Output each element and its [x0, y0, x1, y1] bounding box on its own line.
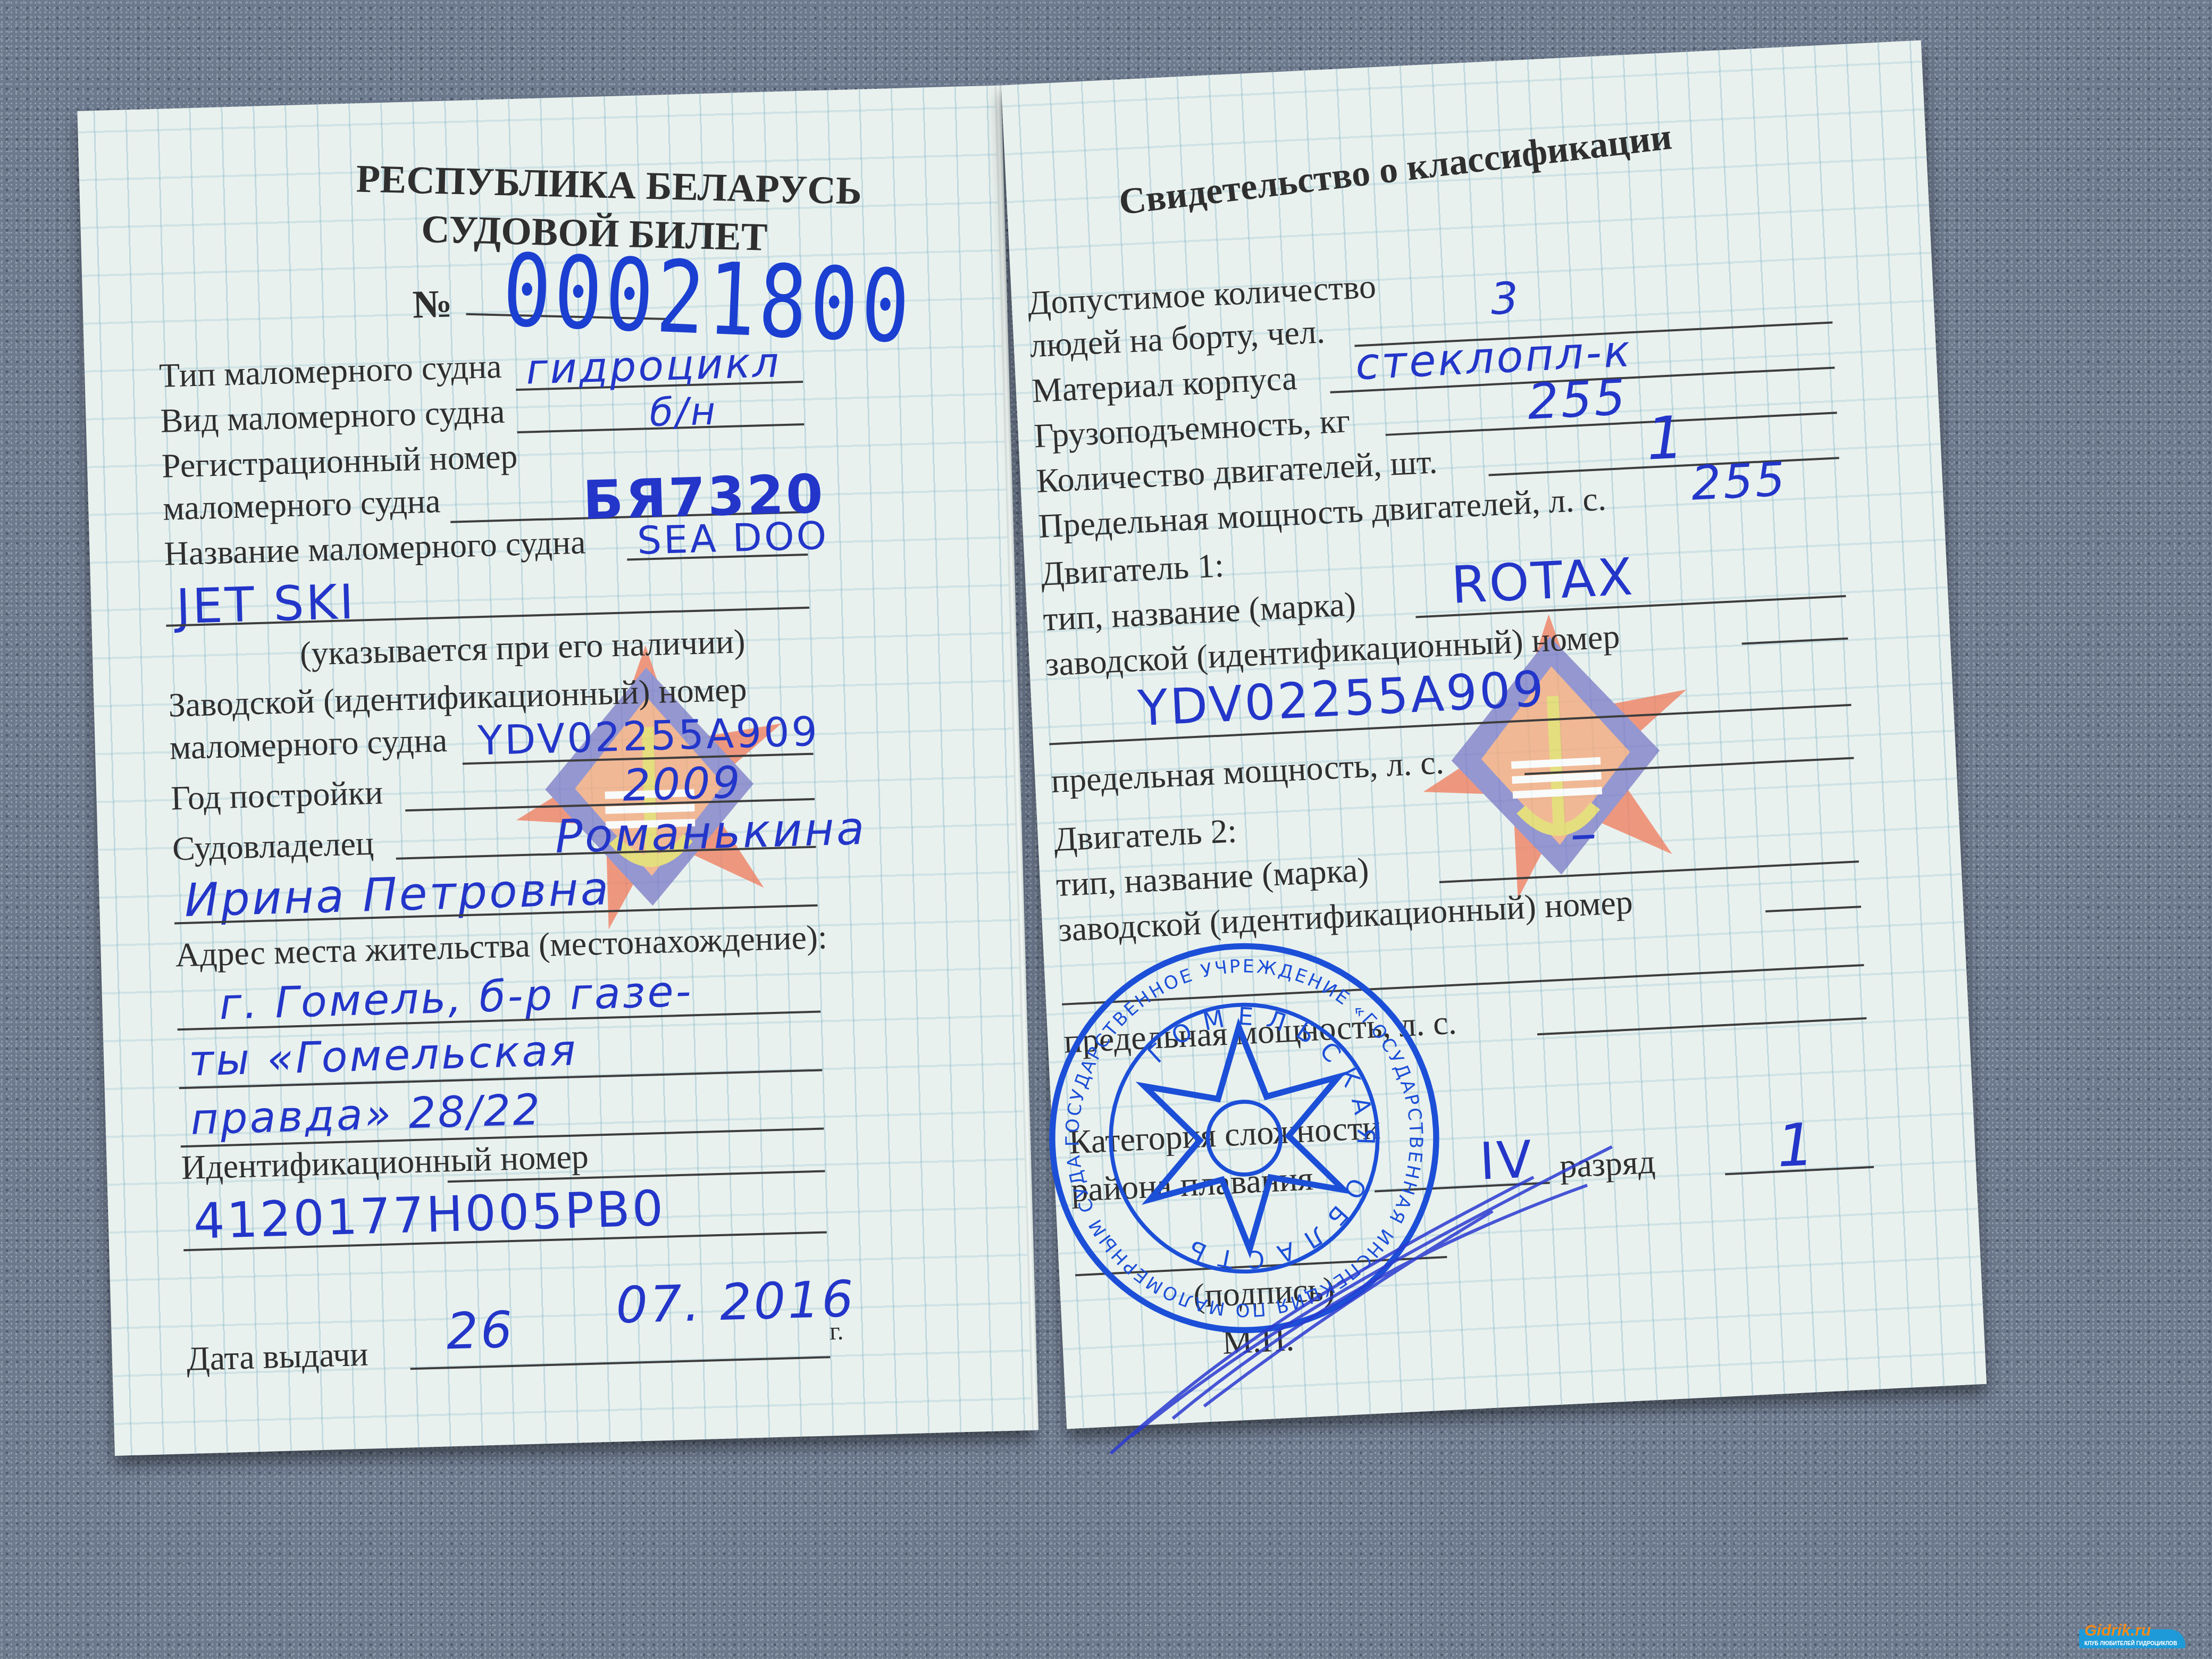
value-address-line2: ты «Гомельская — [188, 1025, 579, 1085]
value-engine2-type: – — [1569, 801, 1601, 865]
label-address: Адрес места жительства (местонахождение)… — [175, 920, 828, 972]
label-engine2-type: тип, название (марка) — [1055, 852, 1370, 902]
label-engine-2: Двигатель 2: — [1053, 814, 1238, 857]
classification-title: Свидетельство о классификации — [1117, 119, 1674, 221]
underline-engine2-serial-1 — [1765, 906, 1861, 912]
issue-date-suffix: г. — [829, 1319, 844, 1345]
value-capacity: 3 — [1489, 273, 1522, 325]
value-type: гидроцикл — [525, 339, 782, 393]
label-name: Название маломерного судна — [164, 525, 586, 571]
label-engine1-type: тип, название (марка) — [1042, 587, 1356, 636]
label-year: Год постройки — [171, 775, 383, 815]
label-hull: Материал корпуса — [1031, 361, 1297, 408]
label-payload: Грузоподъемность, кг — [1033, 404, 1351, 453]
value-payload: 255 — [1526, 369, 1629, 431]
value-address-line1: г. Гомель, б-р газе- — [219, 966, 693, 1029]
label-serial-2: маломерного судна — [169, 723, 448, 765]
underline-engine2-power — [1537, 1017, 1866, 1035]
gidrik-watermark: Gidrik.ru КЛУБ ЛЮБИТЕЛЕЙ ГИДРОЦИКЛОВ — [2079, 1622, 2196, 1654]
value-max-power: 255 — [1690, 451, 1788, 511]
label-issue-date: Дата выдачи — [186, 1337, 368, 1377]
watermark-brand: Gidrik.ru — [2084, 1622, 2151, 1640]
value-engines-count: 1 — [1645, 403, 1688, 473]
underline-engine1-serial-1 — [1742, 638, 1848, 645]
value-address-line3: правда» 28/22 — [190, 1085, 542, 1144]
value-issue-day: 26 — [446, 1301, 515, 1361]
number-label: № — [412, 284, 453, 324]
label-capacity-2: людей на борту, чел. — [1029, 314, 1326, 363]
watermark-tagline: КЛУБ ЛЮБИТЕЛЕЙ ГИДРОЦИКЛОВ — [2084, 1641, 2177, 1647]
header-country: РЕСПУБЛИКА БЕЛАРУСЬ — [356, 159, 862, 211]
value-kind: б/н — [649, 389, 718, 435]
signature-scribble-icon — [1050, 1066, 1653, 1466]
label-engine-1: Двигатель 1: — [1040, 548, 1225, 591]
value-name-part2: JET SKI — [175, 574, 356, 635]
label-engine1-power: предельная мощность, л. с. — [1050, 745, 1445, 798]
value-year: 2009 — [622, 758, 743, 811]
vessel-ticket-booklet: РЕСПУБЛИКА БЕЛАРУСЬ СУДОВОЙ БИЛЕТ № 0002… — [77, 60, 1959, 1456]
label-reg-2: маломерного судна — [162, 484, 441, 526]
right-page: Свидетельство о классификации Допустимое… — [1001, 40, 1987, 1429]
value-engine1-type: ROTAX — [1450, 547, 1636, 615]
label-type: Тип маломерного судна — [158, 349, 502, 393]
value-owner-line1: Романькина — [554, 802, 867, 864]
left-page: РЕСПУБЛИКА БЕЛАРУСЬ СУДОВОЙ БИЛЕТ № 0002… — [77, 86, 1034, 1456]
value-issue-month-year: 07. 2016 — [615, 1270, 856, 1335]
label-reg-1: Регистрационный номер — [161, 439, 518, 483]
value-serial: YDV02255A909 — [477, 707, 820, 764]
label-capacity-1: Допустимое количество — [1027, 269, 1377, 320]
label-owner: Судовладелец — [172, 826, 374, 866]
value-grade: 1 — [1775, 1110, 1818, 1180]
label-kind: Вид маломерного судна — [160, 395, 505, 438]
